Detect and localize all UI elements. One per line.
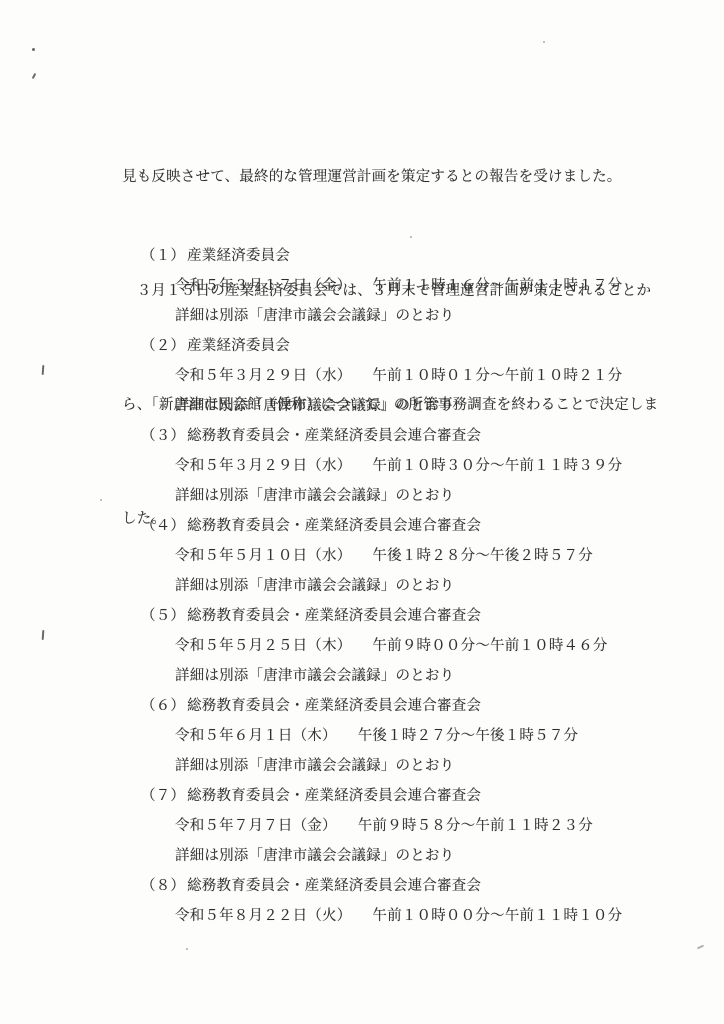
meeting-item: （３）総務教育委員会・産業経済委員会連合審査会 令和５年３月２９日（水）午前１０…: [141, 421, 622, 511]
meeting-heading: （５）総務教育委員会・産業経済委員会連合審査会: [141, 601, 622, 631]
meeting-detail: 詳細は別添「唐津市議会会議録」のとおり: [141, 301, 622, 331]
scan-artifact: [186, 948, 188, 950]
meeting-date: 令和５年３月１７日（金）: [175, 278, 351, 294]
scanned-document-page: 見も反映させて、最終的な管理運営計画を策定するとの報告を受けました。 ３月１５日…: [0, 0, 724, 1024]
meeting-heading: （８）総務教育委員会・産業経済委員会連合審査会: [141, 871, 622, 901]
meeting-number: （４）: [141, 518, 185, 534]
meeting-datetime: 令和５年３月２９日（水）午前１０時３０分～午前１１時３９分: [141, 451, 622, 481]
meeting-heading: （７）総務教育委員会・産業経済委員会連合審査会: [141, 781, 622, 811]
meeting-time: 午前１０時００分～午前１１時１０分: [372, 908, 622, 924]
meeting-detail: 詳細は別添「唐津市議会会議録」のとおり: [141, 391, 622, 421]
meeting-number: （７）: [141, 788, 185, 804]
meeting-datetime: 令和５年８月２２日（火）午前１０時００分～午前１１時１０分: [141, 901, 622, 931]
scan-artifact: [410, 236, 412, 238]
meeting-heading: （２）産業経済委員会: [141, 331, 622, 361]
meeting-item: （４）総務教育委員会・産業経済委員会連合審査会 令和５年５月１０日（水）午後１時…: [141, 511, 622, 601]
meeting-name: 総務教育委員会・産業経済委員会連合審査会: [187, 428, 481, 444]
meeting-datetime: 令和５年７月７日（金）午前９時５８分～午前１１時２３分: [141, 811, 622, 841]
meeting-number: （２）: [141, 338, 185, 354]
meeting-time: 午前１０時３０分～午前１１時３９分: [372, 458, 622, 474]
scan-artifact: [543, 41, 545, 43]
scan-artifact: [42, 365, 45, 375]
meeting-list: （１）産業経済委員会 令和５年３月１７日（金）午前１１時１６分～午前１１時１７分…: [141, 241, 622, 931]
meeting-time: 午前１０時０１分～午前１０時２１分: [372, 368, 622, 384]
meeting-heading: （６）総務教育委員会・産業経済委員会連合審査会: [141, 691, 622, 721]
meeting-item: （２）産業経済委員会 令和５年３月２９日（水）午前１０時０１分～午前１０時２１分…: [141, 331, 622, 421]
meeting-date: 令和５年５月１０日（水）: [175, 548, 351, 564]
meeting-name: 総務教育委員会・産業経済委員会連合審査会: [187, 518, 481, 534]
meeting-datetime: 令和５年６月１日（木）午後１時２７分～午後１時５７分: [141, 721, 622, 751]
meeting-datetime: 令和５年３月１７日（金）午前１１時１６分～午前１１時１７分: [141, 271, 622, 301]
meeting-date: 令和５年８月２２日（火）: [175, 908, 351, 924]
meeting-number: （１）: [141, 248, 185, 264]
intro-line: 見も反映させて、最終的な管理運営計画を策定するとの報告を受けました。: [122, 158, 652, 196]
meeting-time: 午前９時００分～午前１０時４６分: [372, 638, 607, 654]
meeting-time: 午後１時２８分～午後２時５７分: [372, 548, 593, 564]
scan-artifact: [100, 499, 102, 501]
meeting-date: 令和５年３月２９日（水）: [175, 458, 351, 474]
meeting-datetime: 令和５年５月１０日（水）午後１時２８分～午後２時５７分: [141, 541, 622, 571]
meeting-name: 総務教育委員会・産業経済委員会連合審査会: [187, 698, 481, 714]
meeting-date: 令和５年３月２９日（水）: [175, 368, 351, 384]
scan-artifact: [32, 48, 35, 51]
scan-artifact: [697, 945, 704, 950]
meeting-detail: 詳細は別添「唐津市議会会議録」のとおり: [141, 661, 622, 691]
meeting-datetime: 令和５年５月２５日（木）午前９時００分～午前１０時４６分: [141, 631, 622, 661]
meeting-detail: 詳細は別添「唐津市議会会議録」のとおり: [141, 481, 622, 511]
meeting-time: 午前９時５８分～午前１１時２３分: [358, 818, 593, 834]
meeting-item: （７）総務教育委員会・産業経済委員会連合審査会 令和５年７月７日（金）午前９時５…: [141, 781, 622, 871]
meeting-name: 総務教育委員会・産業経済委員会連合審査会: [187, 878, 481, 894]
scan-artifact: [42, 630, 45, 640]
meeting-name: 総務教育委員会・産業経済委員会連合審査会: [187, 608, 481, 624]
meeting-time: 午前１１時１６分～午前１１時１７分: [372, 278, 622, 294]
meeting-number: （５）: [141, 608, 185, 624]
meeting-detail: 詳細は別添「唐津市議会会議録」のとおり: [141, 751, 622, 781]
meeting-detail: 詳細は別添「唐津市議会会議録」のとおり: [141, 841, 622, 871]
meeting-item: （５）総務教育委員会・産業経済委員会連合審査会 令和５年５月２５日（木）午前９時…: [141, 601, 622, 691]
meeting-heading: （１）産業経済委員会: [141, 241, 622, 271]
meeting-number: （８）: [141, 878, 185, 894]
meeting-item: （１）産業経済委員会 令和５年３月１７日（金）午前１１時１６分～午前１１時１７分…: [141, 241, 622, 331]
meeting-item: （６）総務教育委員会・産業経済委員会連合審査会 令和５年６月１日（木）午後１時２…: [141, 691, 622, 781]
meeting-number: （６）: [141, 698, 185, 714]
meeting-name: 産業経済委員会: [187, 248, 290, 264]
meeting-heading: （４）総務教育委員会・産業経済委員会連合審査会: [141, 511, 622, 541]
meeting-date: 令和５年７月７日（金）: [175, 818, 337, 834]
scan-artifact: [32, 73, 37, 79]
meeting-heading: （３）総務教育委員会・産業経済委員会連合審査会: [141, 421, 622, 451]
meeting-name: 総務教育委員会・産業経済委員会連合審査会: [187, 788, 481, 804]
meeting-number: （３）: [141, 428, 185, 444]
meeting-date: 令和５年６月１日（木）: [175, 728, 337, 744]
meeting-item: （８）総務教育委員会・産業経済委員会連合審査会 令和５年８月２２日（火）午前１０…: [141, 871, 622, 931]
meeting-detail: 詳細は別添「唐津市議会会議録」のとおり: [141, 571, 622, 601]
meeting-time: 午後１時２７分～午後１時５７分: [358, 728, 579, 744]
meeting-datetime: 令和５年３月２９日（水）午前１０時０１分～午前１０時２１分: [141, 361, 622, 391]
meeting-name: 産業経済委員会: [187, 338, 290, 354]
meeting-date: 令和５年５月２５日（木）: [175, 638, 351, 654]
